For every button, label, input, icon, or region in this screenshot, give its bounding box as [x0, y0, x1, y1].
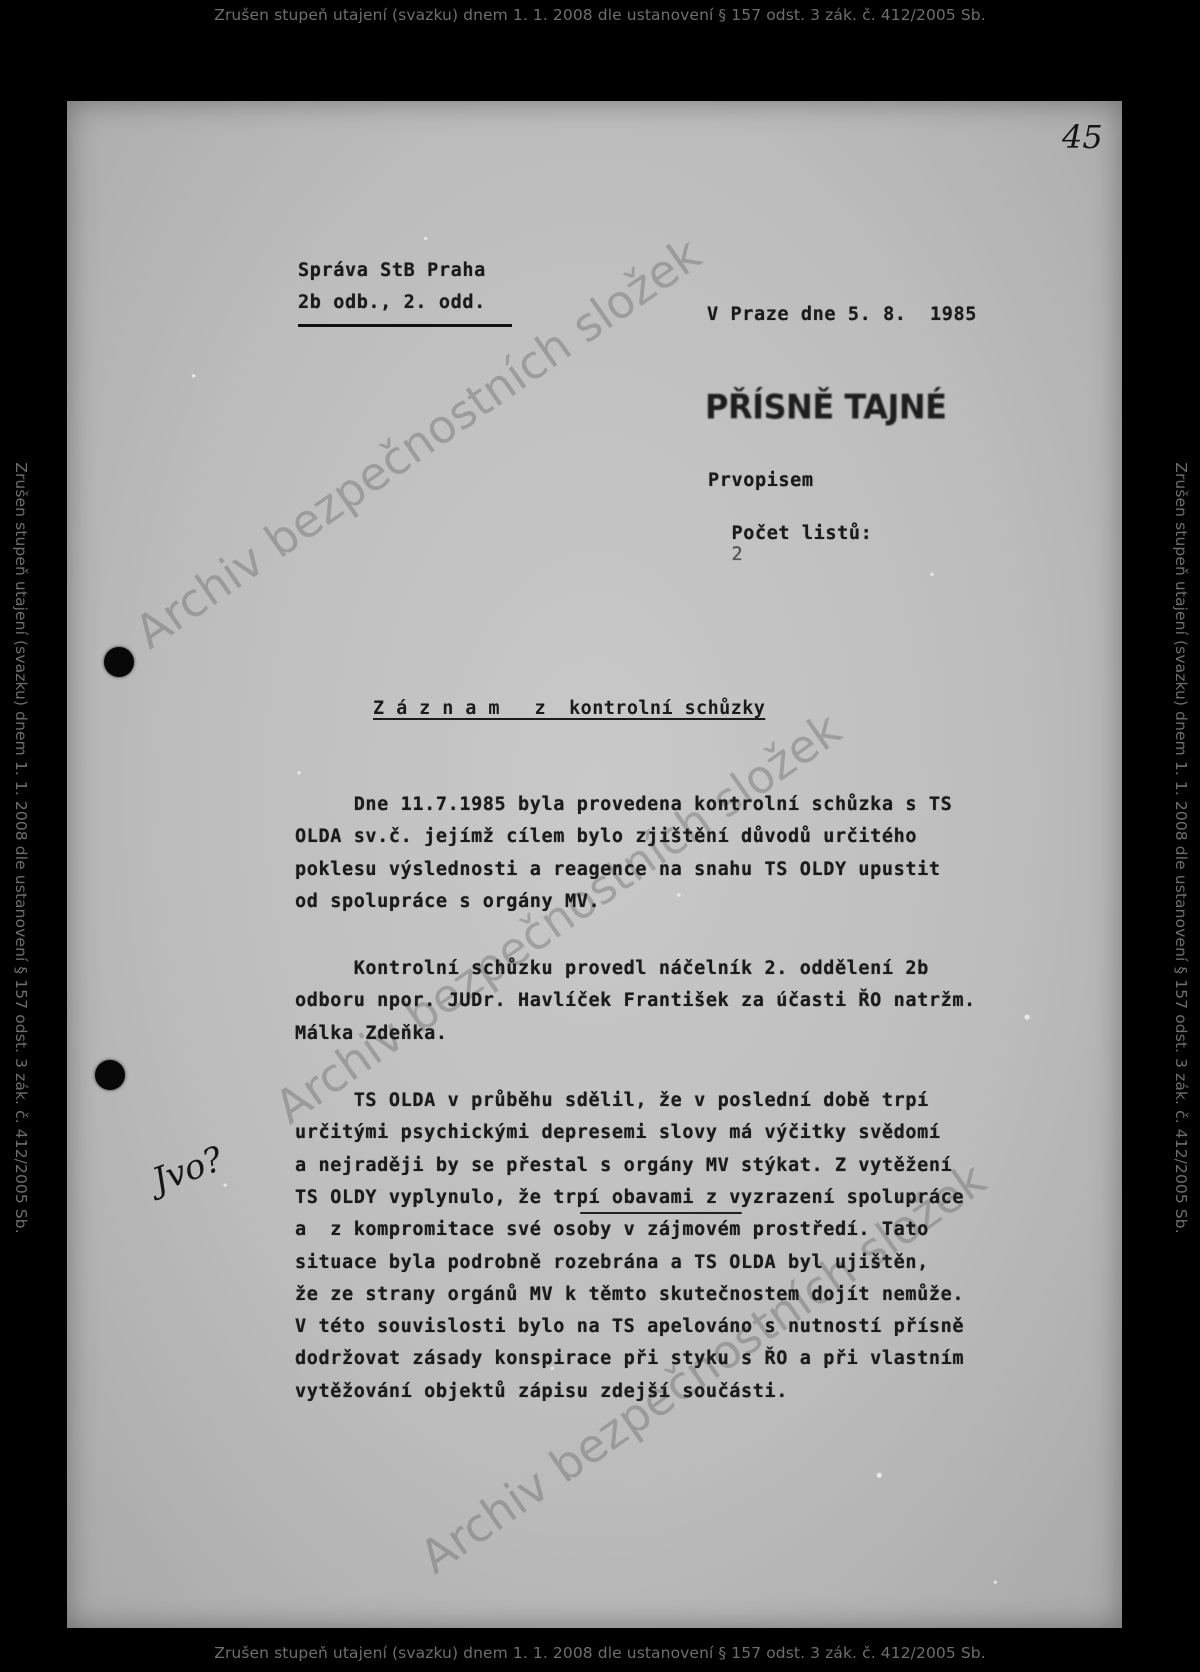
body-line: TS OLDA v průběhu sdělil, že v poslední …: [295, 1090, 929, 1111]
body-line: OLDA sv.č. jejímž cílem bylo zjištění dů…: [295, 826, 917, 847]
punch-hole-lower: [95, 1060, 125, 1090]
punch-hole-upper: [104, 647, 134, 677]
body-line: Málka Zdeňka.: [295, 1023, 448, 1044]
classification-stamp: PŘÍSNĚ TAJNÉ: [705, 387, 946, 427]
header-underline: [298, 324, 512, 327]
handwritten-underline: [580, 1212, 742, 1214]
body-line: určitými psychickými depresemi slovy má …: [295, 1122, 941, 1143]
body-line: odboru npor. JUDr. Havlíček František za…: [295, 990, 976, 1011]
body-line: od spolupráce s orgány MV.: [295, 891, 600, 912]
body-line: dodržovat zásady konspirace při styku s …: [295, 1348, 964, 1369]
body-line: a z kompromitace své osoby v zájmovém pr…: [295, 1219, 929, 1240]
archive-declassification-banner-left: Zrušen stupeň utajení (svazku) dnem 1. 1…: [12, 408, 30, 1288]
body-line: situace byla podrobně rozebrána a TS OLD…: [295, 1252, 929, 1273]
sheet-count-label: Počet listů:: [731, 523, 872, 544]
document-title: Z á z n a m z kontrolní schůzky: [373, 698, 765, 719]
body-line: Dne 11.7.1985 byla provedena kontrolní s…: [295, 794, 952, 815]
sheet-count-value: 2: [731, 544, 743, 565]
copy-type: Prvopisem: [708, 470, 814, 491]
archive-declassification-banner-top: Zrušen stupeň utajení (svazku) dnem 1. 1…: [0, 6, 1200, 24]
header-organization: Správa StB Praha: [298, 260, 486, 281]
body-line: vytěžování objektů zápisu zdejší součást…: [295, 1381, 788, 1402]
body-line: V této souvislosti bylo na TS apelováno …: [295, 1316, 964, 1337]
handwritten-page-number: 45: [1062, 118, 1103, 156]
body-line: a nejraději by se přestal s orgány MV st…: [295, 1155, 952, 1176]
body-line: že ze strany orgánů MV k těmto skutečnos…: [295, 1284, 964, 1305]
body-line: TS OLDY vyplynulo, že trpí obavami z vyz…: [295, 1187, 964, 1208]
body-line: poklesu výslednosti a reagence na snahu …: [295, 859, 941, 880]
place-date: V Praze dne 5. 8. 1985: [707, 304, 977, 325]
archive-declassification-banner-bottom: Zrušen stupeň utajení (svazku) dnem 1. 1…: [0, 1644, 1200, 1662]
sheet-count: Počet listů: 2: [708, 502, 872, 565]
body-line: Kontrolní schůzku provedl náčelník 2. od…: [295, 958, 929, 979]
archive-declassification-banner-right: Zrušen stupeň utajení (svazku) dnem 1. 1…: [1172, 408, 1190, 1288]
header-department: 2b odb., 2. odd.: [298, 292, 486, 313]
